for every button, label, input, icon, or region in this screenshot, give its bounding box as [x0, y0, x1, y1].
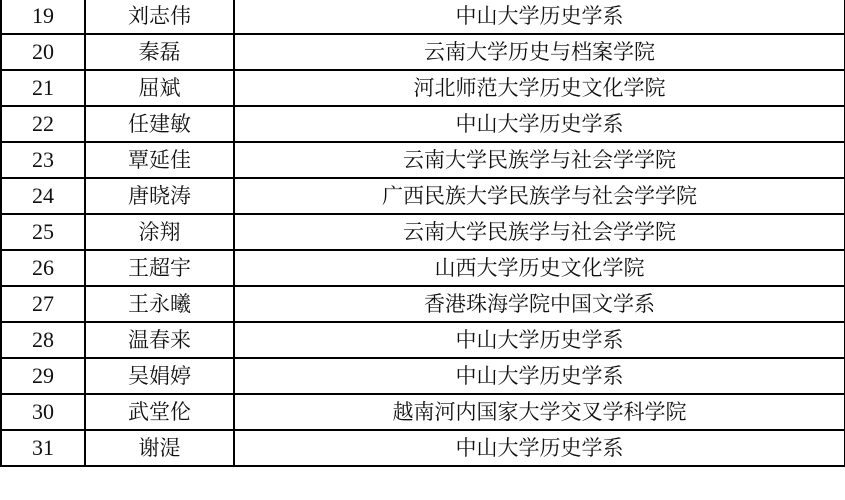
- person-name: 涂翔: [85, 214, 234, 250]
- participant-table: 19 刘志伟 中山大学历史学系 20 秦磊 云南大学历史与档案学院 21 屈斌 …: [0, 0, 845, 467]
- person-name: 王超宇: [85, 250, 234, 286]
- table-row: 20 秦磊 云南大学历史与档案学院: [1, 34, 845, 70]
- person-name: 屈斌: [85, 70, 234, 106]
- table-row: 23 覃延佳 云南大学民族学与社会学学院: [1, 142, 845, 178]
- institution: 广西民族大学民族学与社会学学院: [234, 178, 845, 214]
- table-row: 29 吴娟婷 中山大学历史学系: [1, 358, 845, 394]
- row-number: 24: [1, 178, 85, 214]
- institution: 越南河内国家大学交叉学科学院: [234, 394, 845, 430]
- row-number: 20: [1, 34, 85, 70]
- institution: 中山大学历史学系: [234, 322, 845, 358]
- institution: 河北师范大学历史文化学院: [234, 70, 845, 106]
- row-number: 28: [1, 322, 85, 358]
- row-number: 31: [1, 430, 85, 466]
- participant-table-body: 19 刘志伟 中山大学历史学系 20 秦磊 云南大学历史与档案学院 21 屈斌 …: [1, 0, 845, 466]
- person-name: 温春来: [85, 322, 234, 358]
- row-number: 21: [1, 70, 85, 106]
- institution: 中山大学历史学系: [234, 0, 845, 34]
- table-row: 28 温春来 中山大学历史学系: [1, 322, 845, 358]
- row-number: 26: [1, 250, 85, 286]
- row-number: 29: [1, 358, 85, 394]
- table-row: 19 刘志伟 中山大学历史学系: [1, 0, 845, 34]
- person-name: 王永曦: [85, 286, 234, 322]
- institution: 中山大学历史学系: [234, 106, 845, 142]
- table-row: 22 任建敏 中山大学历史学系: [1, 106, 845, 142]
- person-name: 武堂伦: [85, 394, 234, 430]
- table-row: 21 屈斌 河北师范大学历史文化学院: [1, 70, 845, 106]
- institution: 云南大学民族学与社会学学院: [234, 142, 845, 178]
- row-number: 27: [1, 286, 85, 322]
- institution: 中山大学历史学系: [234, 358, 845, 394]
- row-number: 30: [1, 394, 85, 430]
- institution: 中山大学历史学系: [234, 430, 845, 466]
- table-row: 24 唐晓涛 广西民族大学民族学与社会学学院: [1, 178, 845, 214]
- row-number: 19: [1, 0, 85, 34]
- person-name: 秦磊: [85, 34, 234, 70]
- table-row: 31 谢湜 中山大学历史学系: [1, 430, 845, 466]
- table-row: 27 王永曦 香港珠海学院中国文学系: [1, 286, 845, 322]
- table-row: 30 武堂伦 越南河内国家大学交叉学科学院: [1, 394, 845, 430]
- institution: 香港珠海学院中国文学系: [234, 286, 845, 322]
- person-name: 吴娟婷: [85, 358, 234, 394]
- person-name: 谢湜: [85, 430, 234, 466]
- row-number: 23: [1, 142, 85, 178]
- institution: 山西大学历史文化学院: [234, 250, 845, 286]
- institution: 云南大学民族学与社会学学院: [234, 214, 845, 250]
- table-row: 25 涂翔 云南大学民族学与社会学学院: [1, 214, 845, 250]
- row-number: 22: [1, 106, 85, 142]
- participant-table-container: 19 刘志伟 中山大学历史学系 20 秦磊 云南大学历史与档案学院 21 屈斌 …: [0, 0, 845, 467]
- person-name: 刘志伟: [85, 0, 234, 34]
- table-row: 26 王超宇 山西大学历史文化学院: [1, 250, 845, 286]
- person-name: 覃延佳: [85, 142, 234, 178]
- row-number: 25: [1, 214, 85, 250]
- person-name: 唐晓涛: [85, 178, 234, 214]
- institution: 云南大学历史与档案学院: [234, 34, 845, 70]
- person-name: 任建敏: [85, 106, 234, 142]
